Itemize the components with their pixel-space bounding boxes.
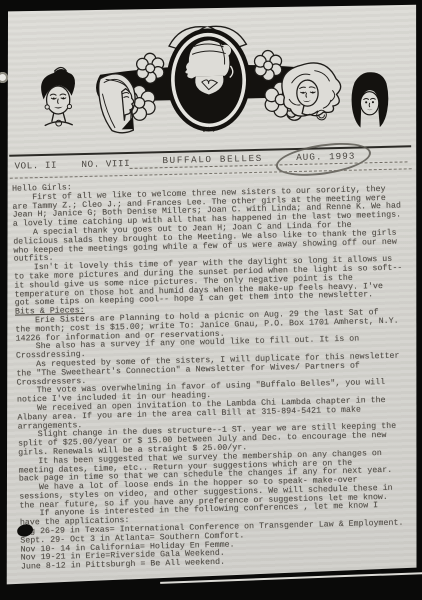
cameo-lady-icon bbox=[168, 30, 250, 132]
body-text: Hello Girls: First of all we like to wel… bbox=[8, 170, 422, 573]
woman-long-hair-profile-icon bbox=[98, 73, 136, 133]
issue-number-label: NO. VIII bbox=[81, 158, 130, 170]
woman-dark-hair-portrait-icon bbox=[351, 72, 389, 128]
scanned-newsletter-page: { "document": { "masthead": { "volume": … bbox=[0, 0, 422, 600]
volume-label: VOL. II bbox=[14, 160, 57, 172]
woman-updo-portrait-icon bbox=[41, 67, 76, 126]
page-content: VOL. II NO. VIII BUFFALO BELLES AUG. 199… bbox=[4, 0, 422, 573]
woman-wavy-hair-portrait-icon bbox=[281, 62, 341, 120]
header-illustration bbox=[4, 7, 413, 149]
